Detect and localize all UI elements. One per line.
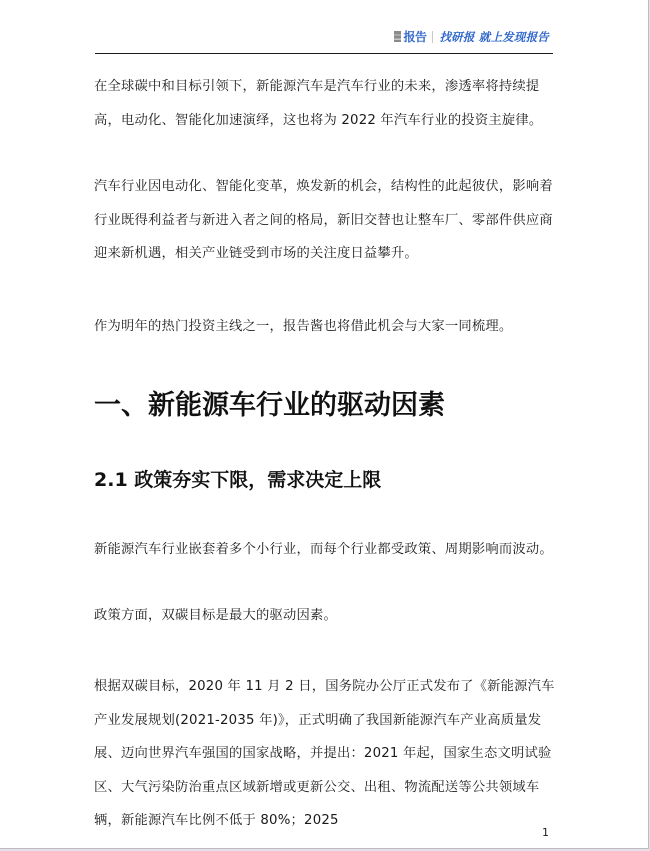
logo-mark-icon xyxy=(394,31,401,42)
document-page: 报告 找研报 就上发现报告 在全球碳中和目标引领下，新能源汽车是汽车行业的未来，… xyxy=(0,0,649,849)
paragraph: 根据双碳目标，2020 年 11 月 2 日，国务院办公厅正式发布了《新能源汽车… xyxy=(94,670,556,838)
heading-2: 2.1 政策夯实下限，需求决定上限 xyxy=(94,468,381,492)
header-rule xyxy=(95,53,553,54)
paragraph: 政策方面，双碳目标是最大的驱动因素。 xyxy=(94,599,556,633)
logo-text: 报告 xyxy=(403,28,426,45)
brand-logo: 报告 xyxy=(394,28,426,45)
heading-1: 一、新能源车行业的驱动因素 xyxy=(94,390,445,422)
paragraph: 新能源汽车行业嵌套着多个小行业，而每个行业都受政策、周期影响而波动。 xyxy=(94,533,556,567)
paragraph: 汽车行业因电动化、智能化变革，焕发新的机会，结构性的此起彼伏，影响着行业既得利益… xyxy=(94,170,556,271)
brand: 报告 找研报 就上发现报告 xyxy=(394,28,549,45)
page-number: 1 xyxy=(542,826,549,839)
brand-slogan: 找研报 就上发现报告 xyxy=(439,29,549,45)
paragraph: 在全球碳中和目标引领下，新能源汽车是汽车行业的未来，渗透率将持续提高，电动化、智… xyxy=(94,70,556,137)
paragraph: 作为明年的热门投资主线之一，报告酱也将借此机会与大家一同梳理。 xyxy=(94,310,556,344)
brand-separator xyxy=(432,31,433,43)
page-header: 报告 找研报 就上发现报告 xyxy=(95,24,553,54)
